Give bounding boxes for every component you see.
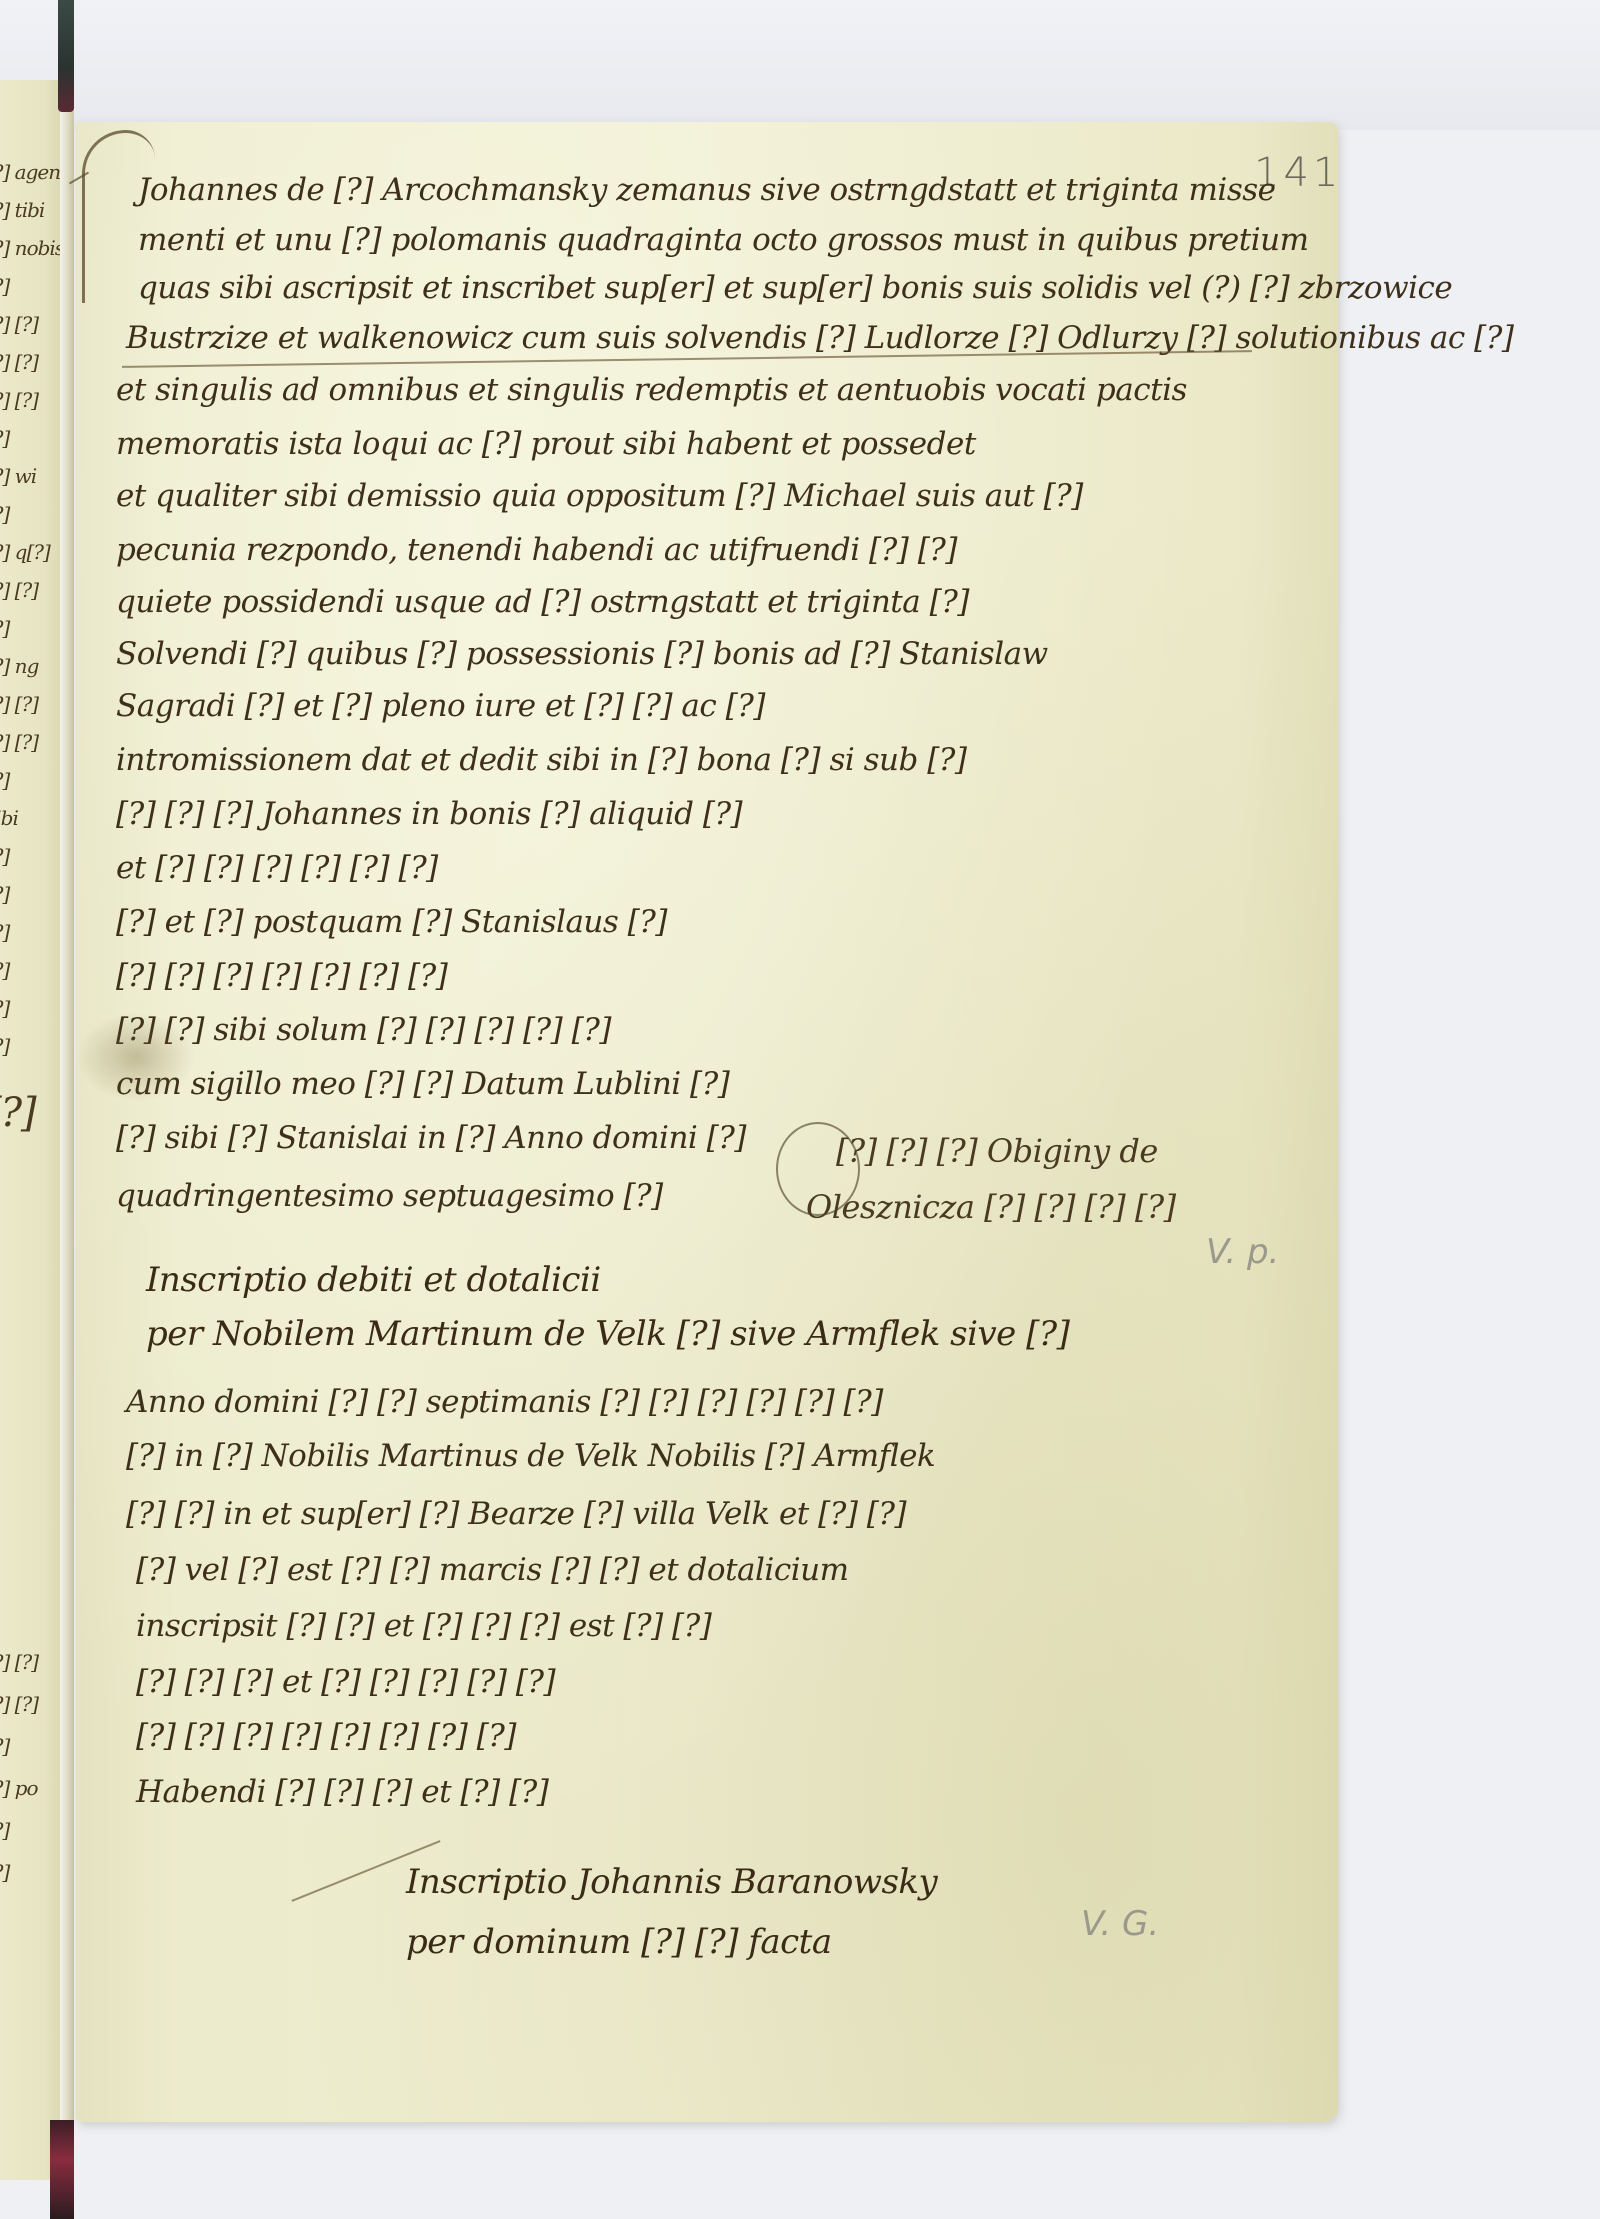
signature-line: [?] [?] [?] Obiginy de (836, 1132, 1158, 1170)
entry-subheading: per Nobilem Martinum de Velk [?] sive Ar… (146, 1314, 1069, 1354)
manuscript-page: 141 Johannes de [?] Arcochmansky zemanus… (76, 122, 1338, 2122)
entry-line: [?] et [?] postquam [?] Stanislaus [?] (116, 904, 667, 940)
entry-line: et singulis ad omnibus et singulis redem… (116, 372, 1187, 408)
entry-heading: Inscriptio debiti et dotalicii (146, 1260, 601, 1300)
entry-line: Bustrzize et walkenowicz cum suis solven… (126, 320, 1513, 356)
margin-fragment: [?] [?] (0, 312, 38, 336)
margin-fragment: [?] (0, 1734, 9, 1758)
closing-line: per dominum [?] [?] facta (406, 1922, 832, 1962)
entry-line: quas sibi ascripsit et inscribet sup[er]… (138, 270, 1452, 306)
margin-fragment: [?] (0, 768, 9, 792)
entry-line: menti et unu [?] polomanis quadraginta o… (138, 222, 1309, 258)
entry-line: [?] sibi [?] Stanislai in [?] Anno domin… (116, 1120, 746, 1156)
entry-line: Sagradi [?] et [?] pleno iure et [?] [?]… (116, 688, 765, 724)
binding-cord-bottom (50, 2120, 74, 2219)
margin-fragment: [?] tibi (0, 198, 44, 222)
entry-line: pecunia rezpondo, tenendi habendi ac uti… (116, 532, 957, 568)
margin-fragment: [?] (0, 502, 9, 526)
margin-fragment: [?] (0, 1860, 9, 1884)
entry-line: [?] [?] [?] Johannes in bonis [?] aliqui… (116, 796, 742, 832)
entry-line: intromissionem dat et dedit sibi in [?] … (116, 742, 967, 778)
margin-fragment: [?] (0, 882, 9, 906)
margin-fragment: [?] (0, 616, 9, 640)
entry-line: [?] [?] [?] [?] [?] [?] [?] (116, 958, 447, 994)
entry-line: Johannes de [?] Arcochmansky zemanus siv… (138, 172, 1276, 208)
binding-cord-top (58, 0, 74, 112)
margin-fragment: [?] [?] (0, 692, 38, 716)
entry-line: [?] [?] in et sup[er] [?] Bearze [?] vil… (126, 1496, 906, 1532)
entry-line: [?] [?] [?] [?] [?] [?] [?] [?] (136, 1718, 516, 1754)
pencil-marginalia: V. p. (1206, 1232, 1279, 1272)
pencil-marginalia: V. G. (1081, 1904, 1159, 1944)
margin-fragment: [?] (0, 1034, 9, 1058)
entry-line: quiete possidendi usque ad [?] ostrngsta… (116, 584, 969, 620)
margin-fragment: [?] [?] (0, 350, 38, 374)
entry-line: inscripsit [?] [?] et [?] [?] [?] est [?… (136, 1608, 711, 1644)
margin-fragment: [?] [?] (0, 730, 38, 754)
margin-fragment: [?] [?] (0, 1650, 38, 1674)
closing-line: Inscriptio Johannis Baranowsky (406, 1862, 937, 1902)
entry-line: et [?] [?] [?] [?] [?] [?] (116, 850, 438, 886)
left-page-edge: [?] agen [?] tibi [?] nobis [?] [?] [?] … (0, 80, 64, 2180)
entry-line: et qualiter sibi demissio quia oppositum… (116, 478, 1083, 514)
margin-fragment: [?] ng (0, 654, 38, 678)
margin-fragment: [?] [?] (0, 578, 38, 602)
scan-background (0, 0, 1600, 130)
margin-fragment: [?] agen (0, 160, 60, 184)
margin-fragment: [?] (0, 1818, 9, 1842)
margin-fragment: [?] (0, 274, 9, 298)
margin-fragment: [?] (0, 958, 9, 982)
margin-fragment: [?] [?] (0, 1692, 38, 1716)
entry-line: Habendi [?] [?] [?] et [?] [?] (136, 1774, 548, 1810)
margin-fragment: [?] (0, 1090, 36, 1136)
entry-line: quadringentesimo septuagesimo [?] (116, 1178, 663, 1214)
entry-line: [?] in [?] Nobilis Martinus de Velk Nobi… (126, 1438, 935, 1474)
margin-fragment: [?] nobis (0, 236, 64, 260)
ink-stain (76, 1012, 196, 1102)
entry-line: Solvendi [?] quibus [?] possessionis [?]… (116, 636, 1048, 672)
entry-line: memoratis ista loqui ac [?] prout sibi h… (116, 426, 976, 462)
margin-fragment: [?] po (0, 1776, 38, 1800)
margin-fragment: [?] (0, 920, 9, 944)
margin-fragment: [?] [?] (0, 388, 38, 412)
entry-line: Anno domini [?] [?] septimanis [?] [?] [… (126, 1384, 883, 1420)
margin-fragment: [?] q[?] (0, 540, 50, 564)
signature-line: Olesznicza [?] [?] [?] [?] (806, 1188, 1176, 1226)
margin-fragment: [?] (0, 426, 9, 450)
book-gutter (60, 0, 74, 2219)
entry-line: cum sigillo meo [?] [?] Datum Lublini [?… (116, 1066, 729, 1102)
margin-fragment: [?] (0, 996, 9, 1020)
margin-fragment: [?] wi (0, 464, 36, 488)
margin-fragment: [?] (0, 844, 9, 868)
entry-line: [?] [?] [?] et [?] [?] [?] [?] [?] (136, 1664, 555, 1700)
margin-fragment: sibi (0, 806, 18, 830)
entry-line: [?] vel [?] est [?] [?] marcis [?] [?] e… (136, 1552, 848, 1588)
